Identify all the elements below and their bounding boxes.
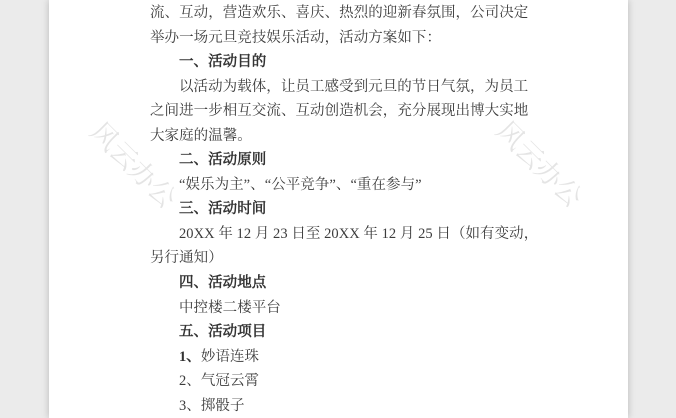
bold-text: 五、活动项目 xyxy=(179,324,266,340)
document-viewport: 风云办公 风云办公 流、互动，营造欢乐、喜庆、热烈的迎新春氛围，公司决定举办一场… xyxy=(0,0,676,418)
body-text: 2、气冠云霄 xyxy=(179,373,259,389)
text-line: 中控楼二楼平台 xyxy=(150,296,542,321)
bold-text: 一、活动目的 xyxy=(179,54,266,70)
body-text: 20XX 年 12 月 23 日至 20XX 年 12 月 25 日（如有变动， xyxy=(179,226,538,242)
text-line: “娱乐为主”、“公平竞争”、“重在参与” xyxy=(150,173,542,198)
text-line: 20XX 年 12 月 23 日至 20XX 年 12 月 25 日（如有变动， xyxy=(150,222,542,247)
bold-text: 四、活动地点 xyxy=(179,275,266,291)
text-line: 三、活动时间 xyxy=(150,197,542,222)
text-line: 2、气冠云霄 xyxy=(150,369,542,394)
bold-text: 二、活动原则 xyxy=(179,152,266,168)
body-text: 3、掷骰子 xyxy=(179,398,245,414)
body-text: 流、互动，营造欢乐、喜庆、热烈的迎新春氛围，公司决定 xyxy=(150,5,528,21)
text-line: 3、掷骰子 xyxy=(150,394,542,418)
body-text: 另行通知） xyxy=(150,250,223,266)
text-line: 1、妙语连珠 xyxy=(150,345,542,370)
text-line: 二、活动原则 xyxy=(150,148,542,173)
text-line: 举办一场元旦竞技娱乐活动，活动方案如下： xyxy=(150,26,542,51)
body-text: “娱乐为主”、“公平竞争”、“重在参与” xyxy=(179,177,422,193)
text-line: 四、活动地点 xyxy=(150,271,542,296)
bold-text: 1、 xyxy=(179,349,201,365)
text-line: 大家庭的温馨。 xyxy=(150,124,542,149)
body-text: 之间进一步相互交流、互动创造机会，充分展现出博大实地 xyxy=(150,103,528,119)
text-line: 另行通知） xyxy=(150,246,542,271)
document-text: 流、互动，营造欢乐、喜庆、热烈的迎新春氛围，公司决定举办一场元旦竞技娱乐活动，活… xyxy=(150,1,542,418)
text-line: 流、互动，营造欢乐、喜庆、热烈的迎新春氛围，公司决定 xyxy=(150,1,542,26)
text-line: 五、活动项目 xyxy=(150,320,542,345)
body-text: 中控楼二楼平台 xyxy=(179,300,281,316)
bold-text: 三、活动时间 xyxy=(179,201,266,217)
body-text: 以活动为载体，让员工感受到元旦的节日气氛，为员工 xyxy=(179,79,528,95)
text-line: 以活动为载体，让员工感受到元旦的节日气氛，为员工 xyxy=(150,75,542,100)
body-text: 大家庭的温馨。 xyxy=(150,128,252,144)
text-line: 之间进一步相互交流、互动创造机会，充分展现出博大实地 xyxy=(150,99,542,124)
document-page: 风云办公 风云办公 流、互动，营造欢乐、喜庆、热烈的迎新春氛围，公司决定举办一场… xyxy=(49,0,628,418)
body-text: 妙语连珠 xyxy=(201,349,259,365)
text-line: 一、活动目的 xyxy=(150,50,542,75)
body-text: 举办一场元旦竞技娱乐活动，活动方案如下： xyxy=(150,30,441,46)
